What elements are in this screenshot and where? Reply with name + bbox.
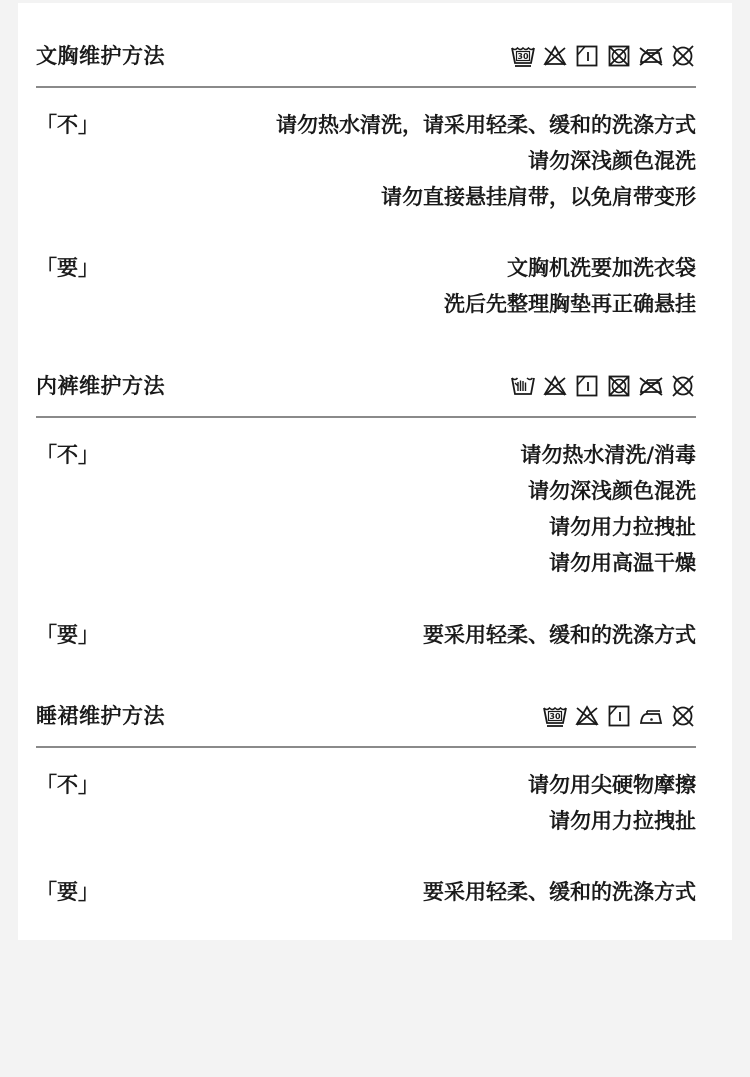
section-header: 睡裙维护方法 30 bbox=[36, 685, 696, 735]
no-bleach-icon bbox=[542, 373, 568, 399]
svg-text:30: 30 bbox=[517, 52, 529, 61]
section-divider bbox=[36, 86, 696, 88]
svg-text:30: 30 bbox=[549, 712, 561, 721]
hand-wash-icon bbox=[510, 373, 536, 399]
do-tag: 「要」 bbox=[36, 874, 99, 910]
iron-low-icon bbox=[638, 703, 664, 729]
instruction-line: 洗后先整理胸垫再正确悬挂 bbox=[444, 286, 696, 322]
instruction-line: 要采用轻柔、缓和的洗涤方式 bbox=[423, 874, 696, 910]
section-bra-care: 文胸维护方法 30 「不」 请勿热水清洗，请采用轻柔、缓和 bbox=[36, 25, 696, 75]
instruction-line: 文胸机洗要加洗衣袋 bbox=[444, 250, 696, 286]
section-divider bbox=[36, 416, 696, 418]
no-dry-clean-icon bbox=[670, 373, 696, 399]
section-title: 内裤维护方法 bbox=[36, 373, 165, 399]
section-header: 文胸维护方法 30 bbox=[36, 25, 696, 75]
care-symbols bbox=[510, 373, 696, 399]
no-tumble-dry-icon bbox=[606, 373, 632, 399]
no-dry-clean-icon bbox=[670, 43, 696, 69]
instruction-line: 请勿用尖硬物摩擦 bbox=[528, 767, 696, 803]
dont-tag: 「不」 bbox=[36, 437, 99, 473]
instruction-line: 请勿用高温干燥 bbox=[520, 545, 696, 581]
instruction-line: 请勿热水清洗，请采用轻柔、缓和的洗涤方式 bbox=[276, 107, 696, 143]
instruction-line: 请勿直接悬挂肩带，以免肩带变形 bbox=[276, 179, 696, 215]
no-iron-icon bbox=[638, 43, 664, 69]
no-iron-icon bbox=[638, 373, 664, 399]
instruction-line: 要采用轻柔、缓和的洗涤方式 bbox=[423, 617, 696, 653]
instruction-line: 请勿深浅颜色混洗 bbox=[520, 473, 696, 509]
dont-tag: 「不」 bbox=[36, 767, 99, 803]
no-dry-clean-icon bbox=[670, 703, 696, 729]
section-header: 内裤维护方法 bbox=[36, 355, 696, 405]
care-symbols: 30 bbox=[542, 703, 696, 729]
no-bleach-icon bbox=[542, 43, 568, 69]
no-tumble-dry-icon bbox=[606, 43, 632, 69]
section-title: 文胸维护方法 bbox=[36, 43, 165, 69]
line-dry-icon bbox=[574, 43, 600, 69]
instruction-line: 请勿热水清洗/消毒 bbox=[520, 437, 696, 473]
wash-30-icon: 30 bbox=[542, 703, 568, 729]
care-symbols: 30 bbox=[510, 43, 696, 69]
section-underwear-care: 内裤维护方法 「不」 请勿热水清洗/消毒 请 bbox=[36, 355, 696, 405]
do-tag: 「要」 bbox=[36, 250, 99, 286]
dont-tag: 「不」 bbox=[36, 107, 99, 143]
section-nightgown-care: 睡裙维护方法 30 「不」 请勿用尖硬物摩擦 请勿用力拉拽扯 bbox=[36, 685, 696, 735]
line-dry-icon bbox=[606, 703, 632, 729]
line-dry-icon bbox=[574, 373, 600, 399]
section-divider bbox=[36, 746, 696, 748]
do-tag: 「要」 bbox=[36, 617, 99, 653]
instruction-line: 请勿用力拉拽扯 bbox=[528, 803, 696, 839]
instruction-line: 请勿深浅颜色混洗 bbox=[276, 143, 696, 179]
wash-30-icon: 30 bbox=[510, 43, 536, 69]
instruction-line: 请勿用力拉拽扯 bbox=[520, 509, 696, 545]
no-bleach-icon bbox=[574, 703, 600, 729]
section-title: 睡裙维护方法 bbox=[36, 703, 165, 729]
